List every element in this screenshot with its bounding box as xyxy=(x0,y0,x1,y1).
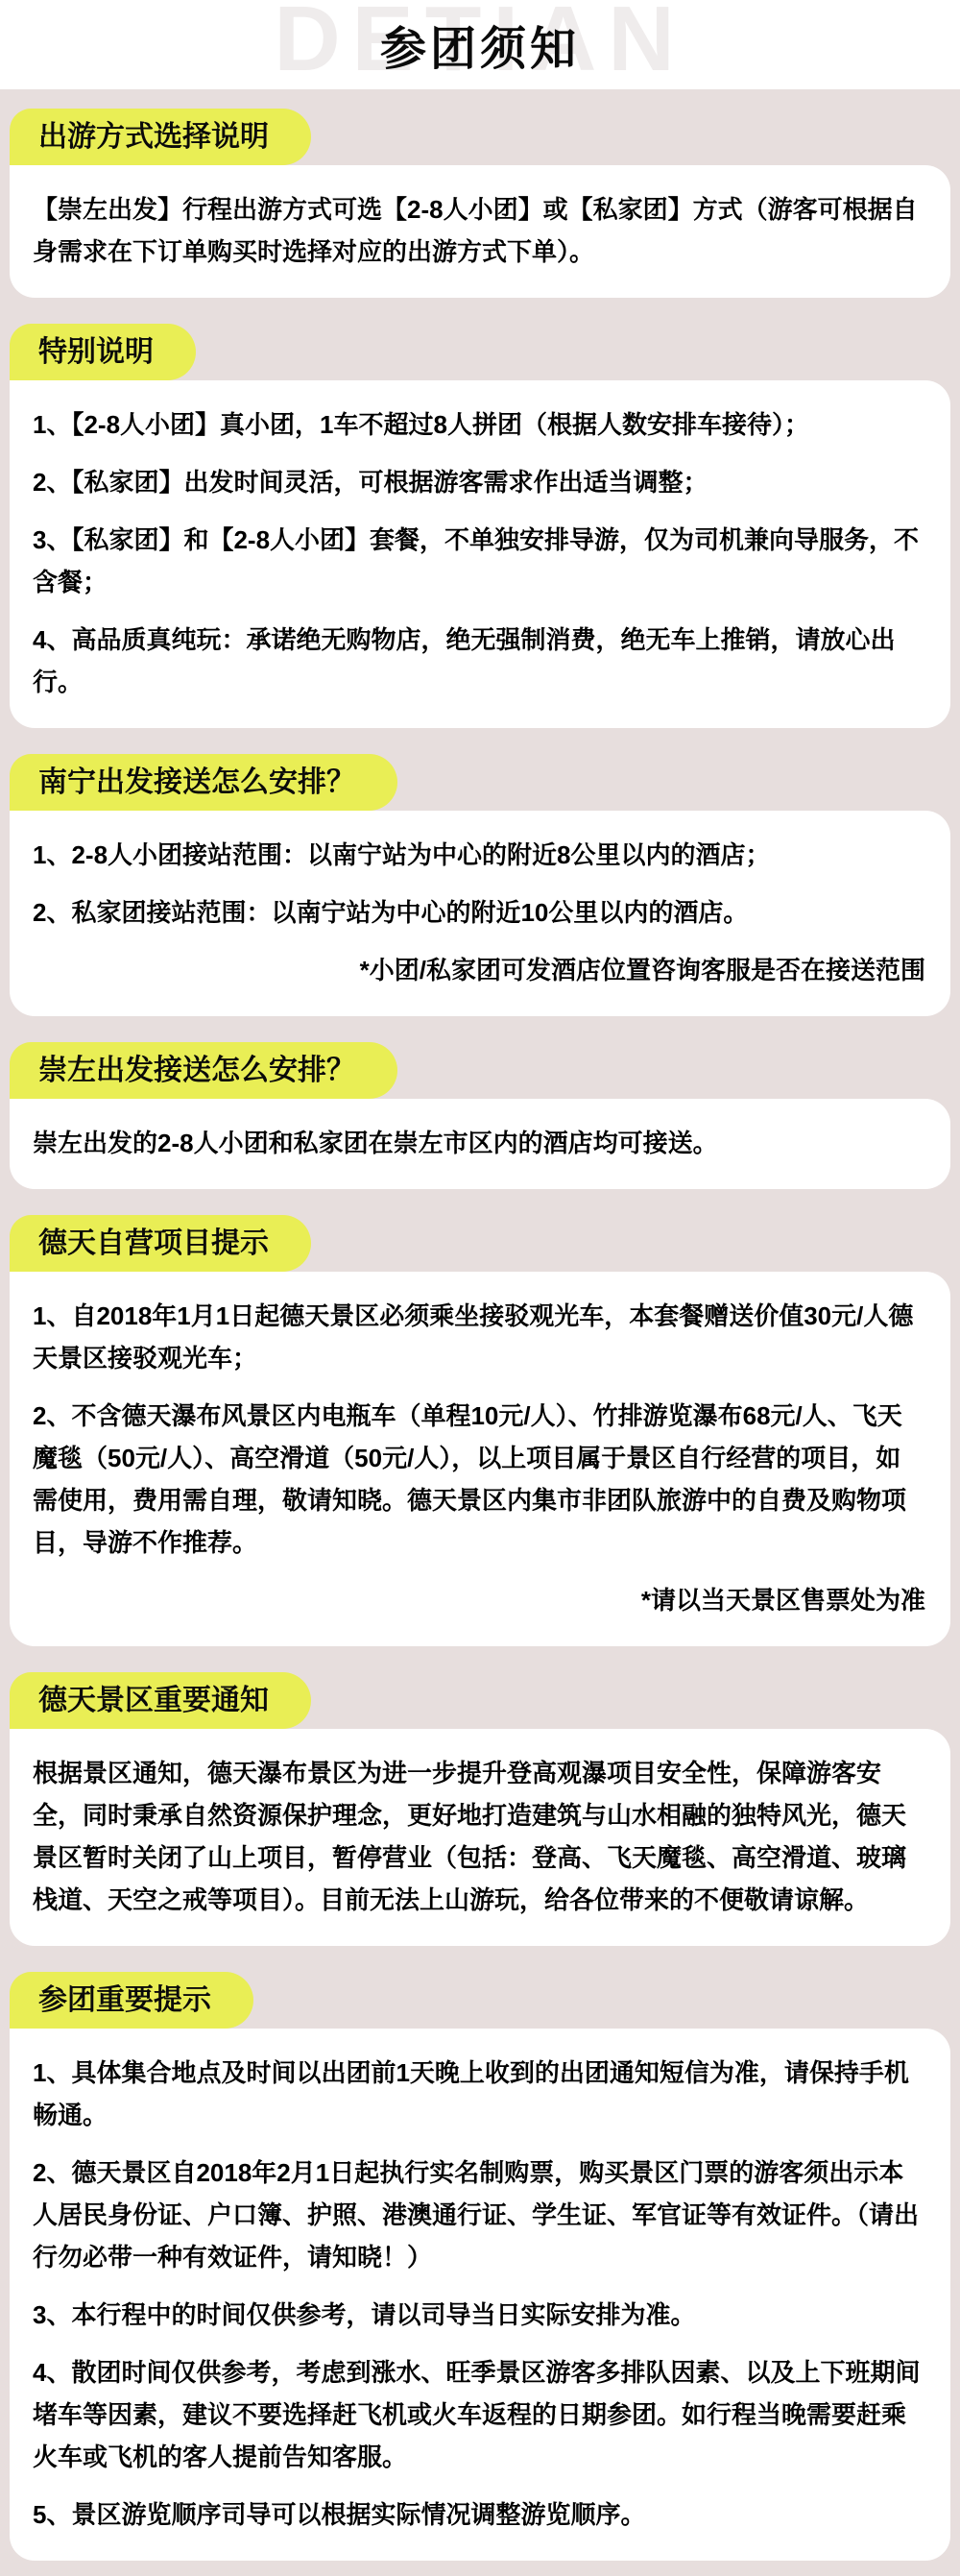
section-paragraph: 【崇左出发】行程出游方式可选【2-8人小团】或【私家团】方式（游客可根据自身需求… xyxy=(33,188,925,273)
section-paragraph: 3、【私家团】和【2-8人小团】套餐，不单独安排导游，仅为司机兼向导服务，不含餐… xyxy=(33,519,925,603)
section-heading-pill: 南宁出发接送怎么安排？ xyxy=(10,754,397,811)
section-paragraph: 根据景区通知，德天瀑布景区为进一步提升登高观瀑项目安全性，保障游客安全，同时秉承… xyxy=(33,1752,925,1921)
section-special-notes: 特别说明 1、【2-8人小团】真小团，1车不超过8人拼团（根据人数安排车接待）；… xyxy=(10,324,950,728)
section-paragraph: 1、【2-8人小团】真小团，1车不超过8人拼团（根据人数安排车接待）； xyxy=(33,403,925,446)
section-heading: 特别说明 xyxy=(38,336,154,368)
section-paragraph: 崇左出发的2-8人小团和私家团在崇左市区内的酒店均可接送。 xyxy=(33,1122,925,1164)
section-heading: 德天自营项目提示 xyxy=(38,1227,269,1259)
section-heading: 出游方式选择说明 xyxy=(38,121,269,153)
section-card: 崇左出发的2-8人小团和私家团在崇左市区内的酒店均可接送。 xyxy=(10,1099,950,1189)
section-chongzuo-pickup: 崇左出发接送怎么安排？ 崇左出发的2-8人小团和私家团在崇左市区内的酒店均可接送… xyxy=(10,1042,950,1189)
section-heading-pill: 参团重要提示 xyxy=(10,1972,253,2029)
section-note: *请以当天景区售票处为准 xyxy=(33,1579,925,1621)
section-heading: 崇左出发接送怎么安排？ xyxy=(38,1055,355,1086)
section-paragraph: 4、高品质真纯玩：承诺绝无购物店，绝无强制消费，绝无车上推销，请放心出行。 xyxy=(33,619,925,703)
section-heading-pill: 出游方式选择说明 xyxy=(10,109,311,165)
section-paragraph: 4、散团时间仅供参考，考虑到涨水、旺季景区游客多排队因素、以及上下班期间堵车等因… xyxy=(33,2351,925,2478)
page-header: DETIAN 参团须知 xyxy=(0,0,960,89)
section-heading-pill: 特别说明 xyxy=(10,324,196,380)
section-heading-pill: 德天景区重要通知 xyxy=(10,1672,311,1729)
section-paragraph: 2、不含德天瀑布风景区内电瓶车（单程10元/人）、竹排游览瀑布68元/人、飞天魔… xyxy=(33,1395,925,1564)
section-card: 【崇左出发】行程出游方式可选【2-8人小团】或【私家团】方式（游客可根据自身需求… xyxy=(10,165,950,298)
page-title: 参团须知 xyxy=(0,0,960,78)
section-card: 1、自2018年1月1日起德天景区必须乘坐接驳观光车，本套餐赠送价值30元/人德… xyxy=(10,1272,950,1646)
section-detian-important-notice: 德天景区重要通知 根据景区通知，德天瀑布景区为进一步提升登高观瀑项目安全性，保障… xyxy=(10,1672,950,1946)
section-nanning-pickup: 南宁出发接送怎么安排？ 1、2-8人小团接站范围：以南宁站为中心的附近8公里以内… xyxy=(10,754,950,1016)
section-card: 1、具体集合地点及时间以出团前1天晚上收到的出团通知短信为准，请保持手机畅通。 … xyxy=(10,2029,950,2561)
section-paragraph: 2、私家团接站范围：以南宁站为中心的附近10公里以内的酒店。 xyxy=(33,891,925,934)
section-paragraph: 1、具体集合地点及时间以出团前1天晚上收到的出团通知短信为准，请保持手机畅通。 xyxy=(33,2052,925,2136)
section-paragraph: 3、本行程中的时间仅供参考，请以司导当日实际安排为准。 xyxy=(33,2294,925,2336)
section-group-important-tips: 参团重要提示 1、具体集合地点及时间以出团前1天晚上收到的出团通知短信为准，请保… xyxy=(10,1972,950,2561)
section-card: 1、【2-8人小团】真小团，1车不超过8人拼团（根据人数安排车接待）； 2、【私… xyxy=(10,380,950,728)
section-paragraph: 5、景区游览顺序司导可以根据实际情况调整游览顺序。 xyxy=(33,2493,925,2536)
section-paragraph: 1、自2018年1月1日起德天景区必须乘坐接驳观光车，本套餐赠送价值30元/人德… xyxy=(33,1295,925,1379)
section-travel-mode: 出游方式选择说明 【崇左出发】行程出游方式可选【2-8人小团】或【私家团】方式（… xyxy=(10,109,950,298)
section-card: 1、2-8人小团接站范围：以南宁站为中心的附近8公里以内的酒店； 2、私家团接站… xyxy=(10,811,950,1016)
notice-content: 出游方式选择说明 【崇左出发】行程出游方式可选【2-8人小团】或【私家团】方式（… xyxy=(0,89,960,2576)
section-heading: 德天景区重要通知 xyxy=(38,1685,269,1716)
section-paragraph: 2、德天景区自2018年2月1日起执行实名制购票，购买景区门票的游客须出示本人居… xyxy=(33,2151,925,2278)
section-heading-pill: 德天自营项目提示 xyxy=(10,1215,311,1272)
section-paragraph: 2、【私家团】出发时间灵活，可根据游客需求作出适当调整； xyxy=(33,461,925,503)
section-heading-pill: 崇左出发接送怎么安排？ xyxy=(10,1042,397,1099)
section-card: 根据景区通知，德天瀑布景区为进一步提升登高观瀑项目安全性，保障游客安全，同时秉承… xyxy=(10,1729,950,1946)
section-heading: 南宁出发接送怎么安排？ xyxy=(38,766,355,798)
section-heading: 参团重要提示 xyxy=(38,1984,211,2016)
notice-page: DETIAN 参团须知 出游方式选择说明 【崇左出发】行程出游方式可选【2-8人… xyxy=(0,0,960,2576)
section-note: *小团/私家团可发酒店位置咨询客服是否在接送范围 xyxy=(33,949,925,991)
section-paragraph: 1、2-8人小团接站范围：以南宁站为中心的附近8公里以内的酒店； xyxy=(33,834,925,876)
section-detian-self-operated: 德天自营项目提示 1、自2018年1月1日起德天景区必须乘坐接驳观光车，本套餐赠… xyxy=(10,1215,950,1646)
